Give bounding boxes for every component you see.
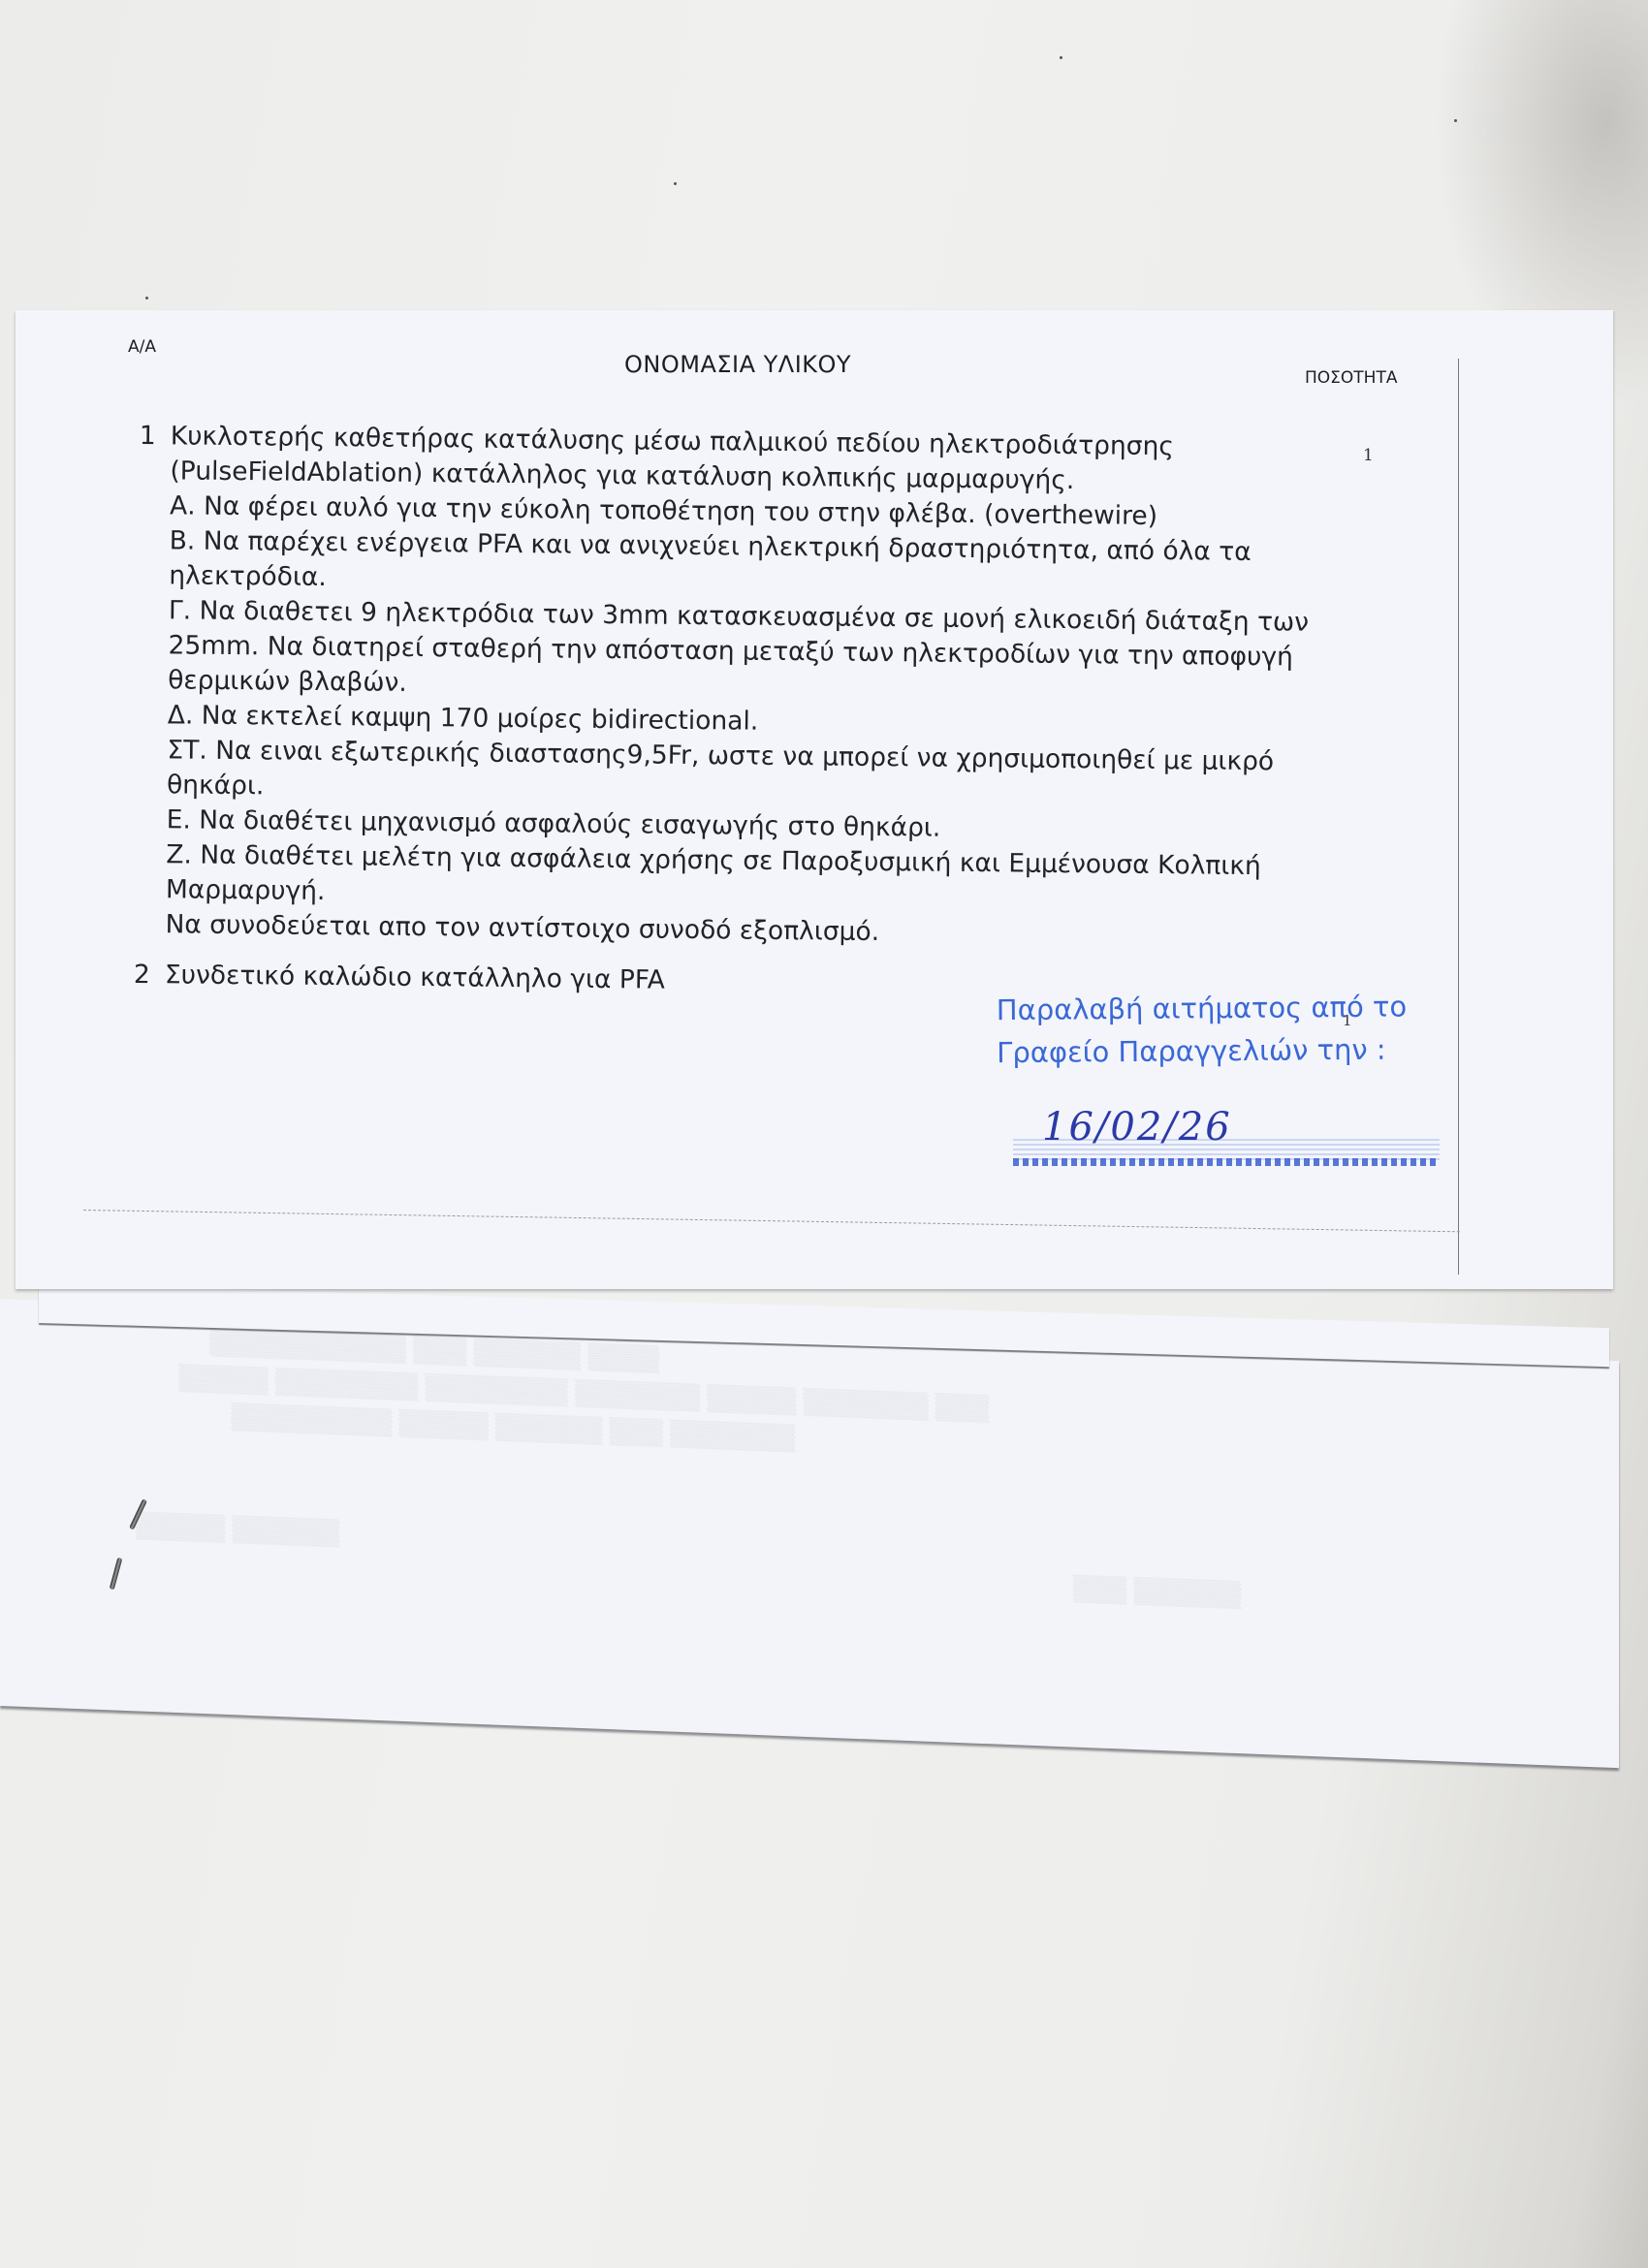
material-name-column-header: ΟΝΟΜΑΣΙΑ ΥΛΙΚΟΥ	[624, 351, 851, 378]
dust-speck	[1060, 56, 1062, 59]
stamp-line-1: Παραλαβή αιτήματος από το	[997, 985, 1481, 1031]
dust-speck	[1454, 119, 1457, 122]
underlying-sheet: ▒▒▒▒ ▒▒▒▒▒▒ ▒▒▒ ▒▒▒▒▒▒▒▒▒▒▒ ▒▒▒ ▒▒▒▒▒▒▒ …	[0, 1299, 1619, 1768]
quantity-column-divider	[1458, 359, 1459, 1275]
list-item: 1Κυκλοτερής καθετήρας κατάλυσης μέσω παλ…	[134, 419, 1351, 955]
item-number: 1	[140, 419, 156, 454]
index-column-header: A/A	[128, 337, 156, 357]
item-list: 1Κυκλοτερής καθετήρας κατάλυσης μέσω παλ…	[134, 419, 1351, 1005]
staple	[110, 1558, 123, 1591]
dust-speck	[674, 182, 677, 185]
stamp-dotted-rule	[1013, 1158, 1440, 1166]
item-number: 2	[134, 958, 150, 992]
table-bottom-border	[83, 1210, 1460, 1232]
receipt-stamp: Παραλαβή αιτήματος από το Γραφείο Παραγγ…	[997, 985, 1482, 1074]
dust-speck	[145, 297, 148, 299]
item-2-quantity: 1	[1343, 1012, 1352, 1029]
quantity-column-header: ΠΟΣΟΤΗΤΑ	[1305, 368, 1397, 388]
item-1-quantity: 1	[1363, 446, 1374, 465]
stamp-handwritten-date: 16/02/26	[1042, 1105, 1232, 1150]
stamp-line-2: Γραφείο Παραγγελιών την :	[997, 1027, 1481, 1074]
